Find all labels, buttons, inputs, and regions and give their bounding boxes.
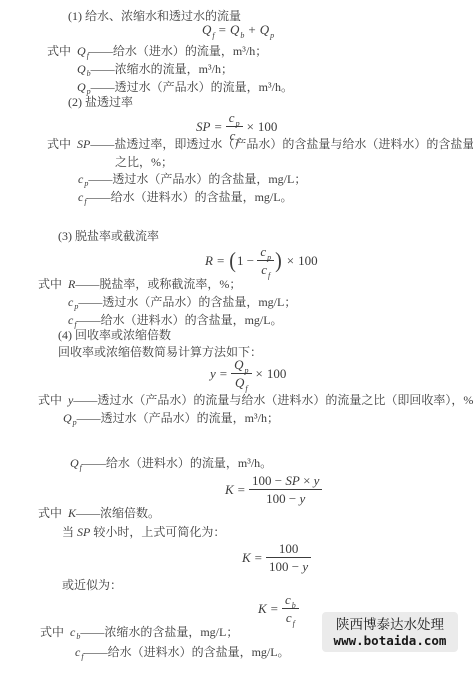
definition-qf: 式中Qf——给水（进水）的流量，m³/h； [47, 43, 267, 59]
watermark-company-name: 陕西博泰达水处理 [336, 616, 444, 633]
note-sp-small: 当 SP 较小时，上式可简化为： [62, 524, 225, 540]
definition-cp-2: cp——透过水（产品水）的含盐量，mg/L； [68, 294, 296, 310]
definition-y: 式中y——透过水（产品水）的流量与给水（进料水）的流量之比（即回收率），%； [38, 392, 473, 408]
formula-flow-balance: Qf = Qb + Qp [202, 22, 274, 37]
definition-qb: Qb——浓缩水的流量，m³/h； [77, 61, 233, 77]
definition-k: 式中K——浓缩倍数。 [38, 505, 160, 521]
definition-cf-2: cf——给水（进料水）的含盐量，mg/L。 [68, 312, 283, 328]
document-page: (1) 给水、浓缩水和透过水的流量 Qf = Qb + Qp 式中Qf——给水（… [0, 0, 473, 679]
section-2-heading: (2) 盐透过率 [68, 94, 133, 110]
definition-sp-cont: 之比，%； [115, 154, 173, 170]
definition-cf-3: cf——给水（进料水）的含盐量，mg/L。 [75, 644, 290, 660]
section-4-heading: (4) 回收率或浓缩倍数 [58, 327, 171, 343]
definition-cf: cf——给水（进料水）的含盐量，mg/L。 [78, 189, 293, 205]
note-approx: 或近似为： [62, 577, 122, 593]
definition-cb: 式中cb——浓缩水的含盐量，mg/L； [40, 624, 238, 640]
formula-k-approx: K = cb cf [258, 592, 299, 625]
section-3-heading: (3) 脱盐率或截流率 [58, 228, 159, 244]
formula-recovery: y = Qp Qf × 100 [210, 357, 286, 390]
definition-qp-2: Qp——透过水（产品水）的流量，m³/h； [63, 410, 279, 426]
formula-k-simplified: K = 100 100 − y [242, 541, 311, 574]
formula-k-full: K = 100 − SP × y 100 − y [225, 473, 322, 506]
definition-sp: 式中SP——盐透过率，即透过水（产品水）的含盐量与给水（进料水）的含盐量 [47, 136, 473, 152]
definition-qp: Qp——透过水（产品水）的流量，m³/h。 [77, 79, 293, 95]
definition-qf-2: Qf——给水（进料水）的流量，m³/h。 [70, 455, 272, 471]
formula-rejection: R = ( 1 − cp cf ) × 100 [205, 244, 318, 277]
watermark-website: www.botaida.com [334, 633, 447, 648]
definition-cp: cp——透过水（产品水）的含盐量，mg/L； [78, 171, 306, 187]
watermark-badge: 陕西博泰达水处理 www.botaida.com [322, 612, 458, 652]
definition-r: 式中R——脱盐率，或称截流率，%； [38, 276, 241, 292]
